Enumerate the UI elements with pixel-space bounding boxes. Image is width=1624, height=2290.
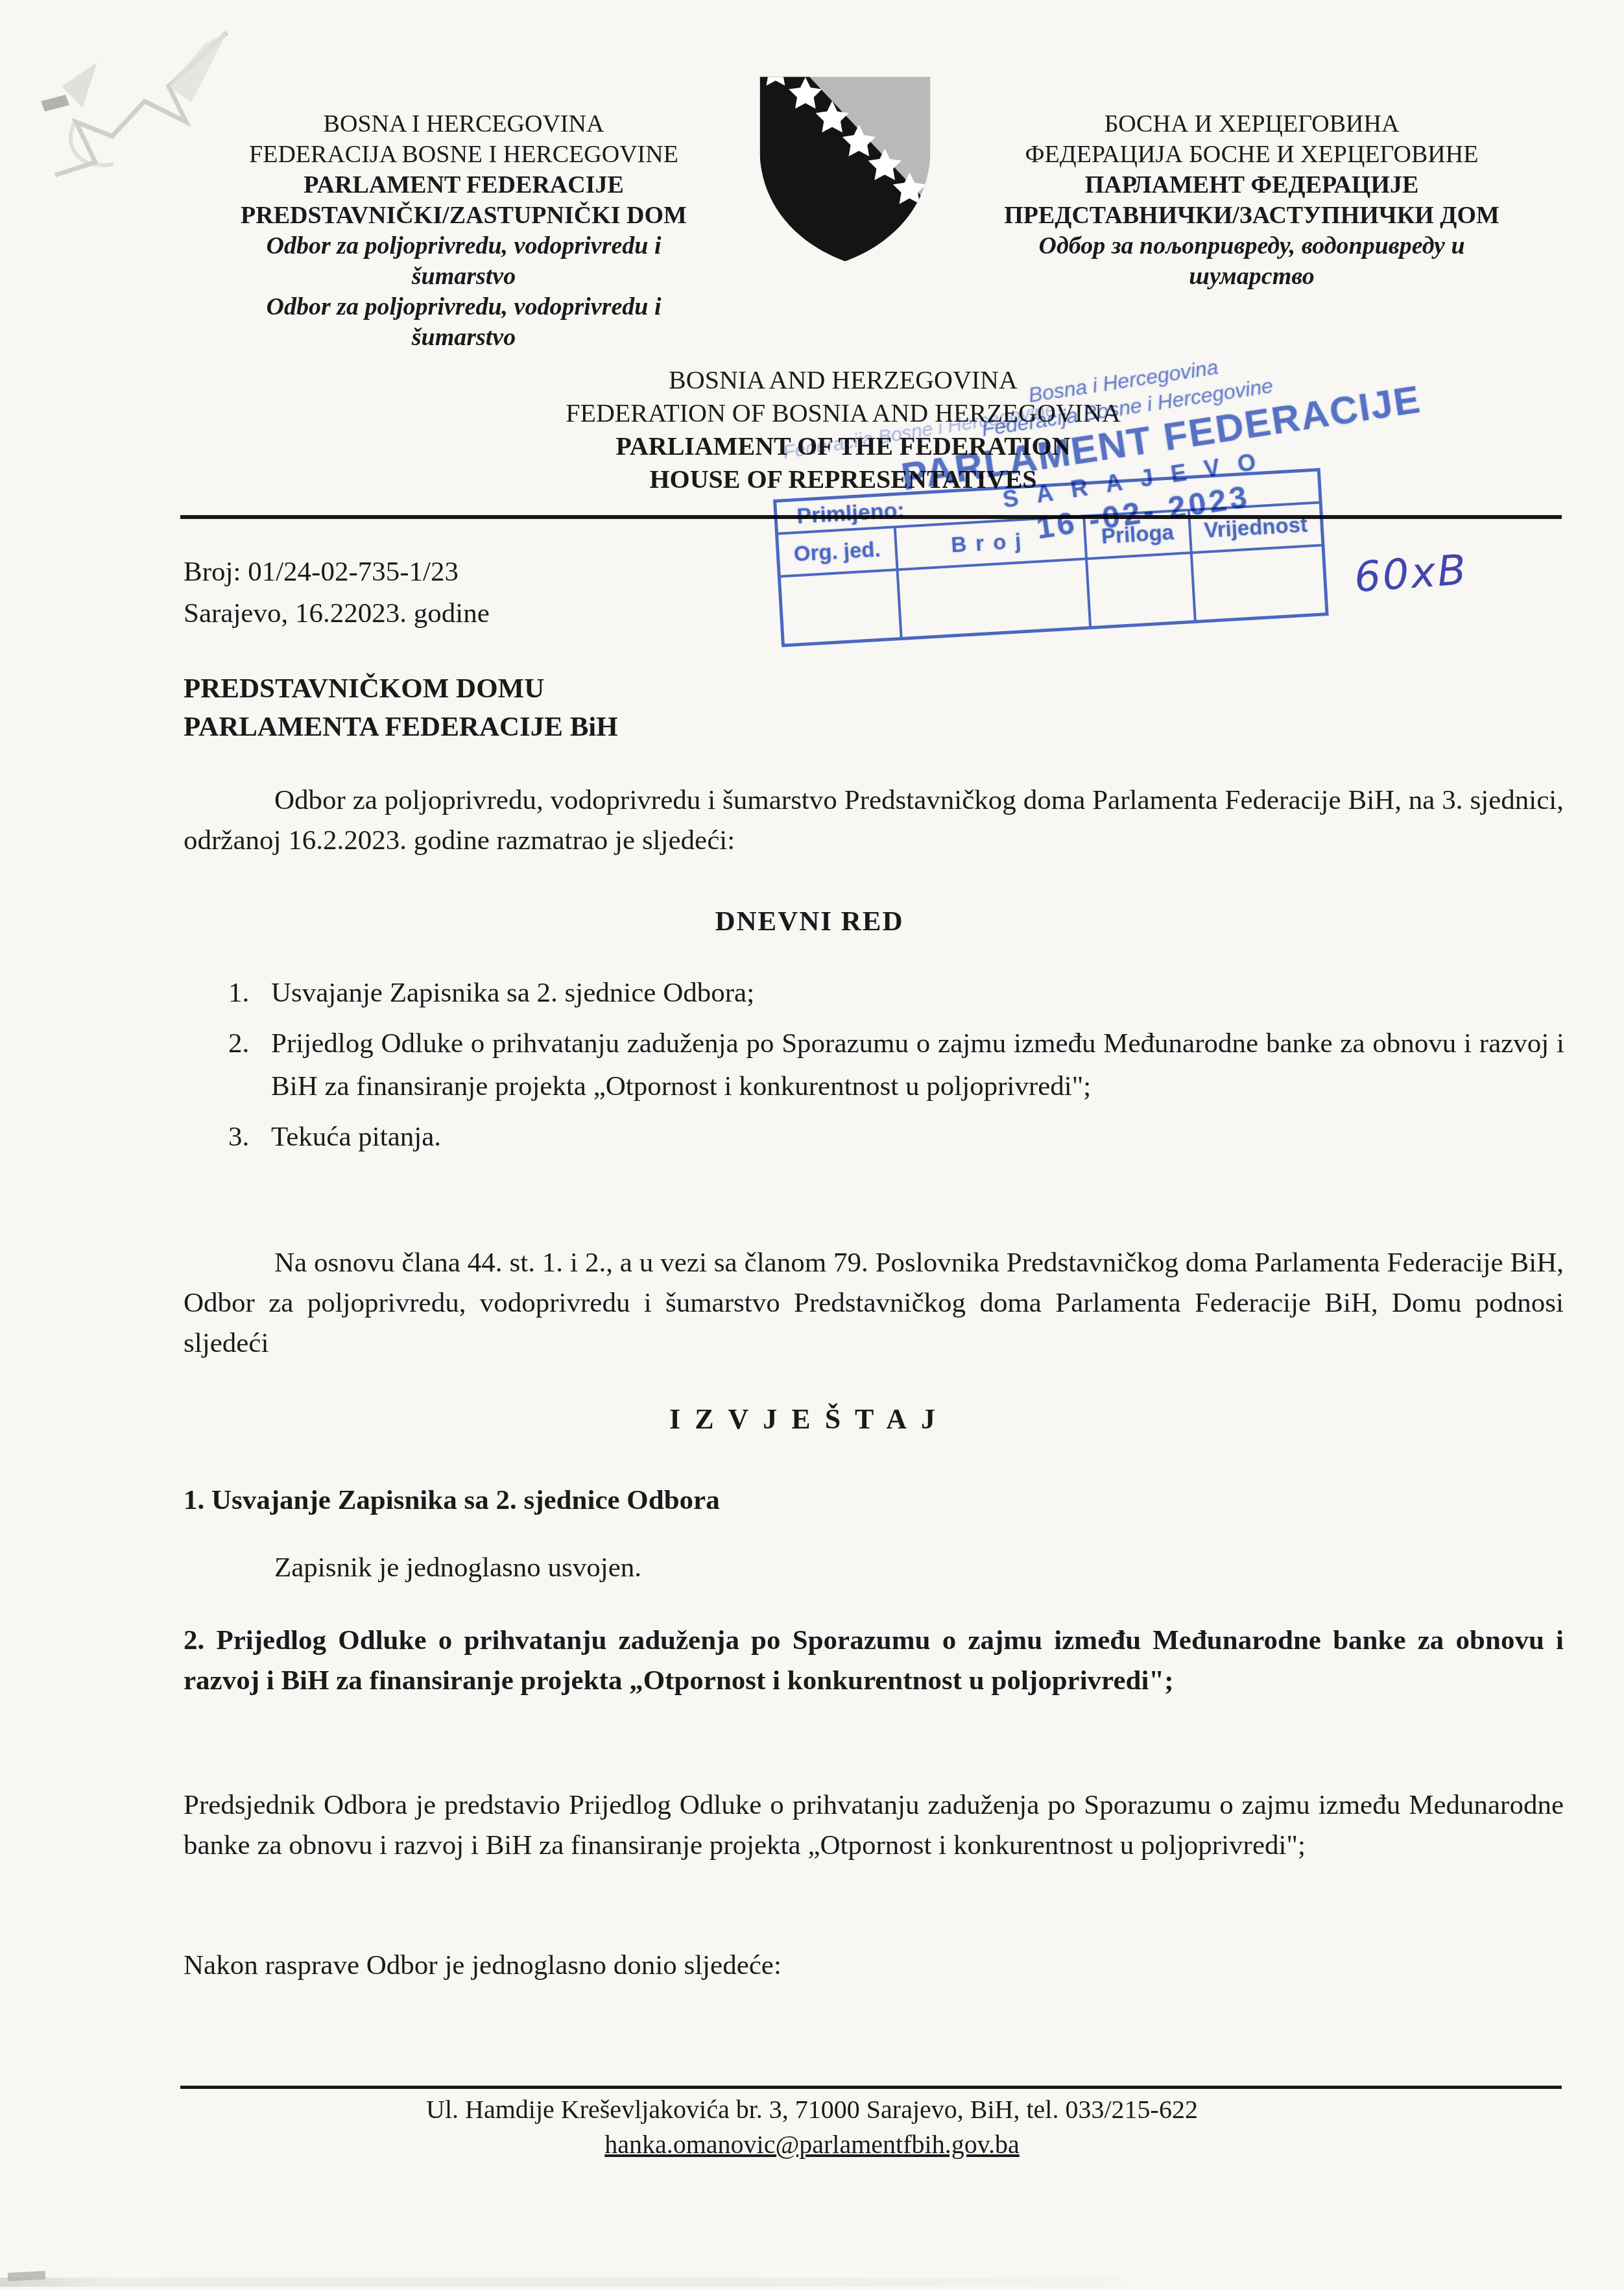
section-2-heading: 2. Prijedlog Odluke o prihvatanju zaduže…: [184, 1621, 1564, 1701]
agenda-list: 1. Usvajanje Zapisnika sa 2. sjednice Od…: [228, 972, 1564, 1166]
header-line: БОСНА И ХЕРЦЕГОВИНА: [927, 109, 1576, 139]
handwritten-note: 60xB: [1353, 546, 1470, 602]
addressee-line: PARLAMENTA FEDERACIJE BiH: [184, 708, 618, 746]
footer-email-row: hanka.omanovic@parlamentfbih.gov.ba: [0, 2129, 1624, 2160]
header-line: ПАРЛАМЕНТ ФЕДЕРАЦИЈЕ: [927, 170, 1576, 200]
header-line: PARLAMENT FEDERACIJE: [162, 170, 765, 200]
header-line: šumarstvo: [162, 322, 765, 353]
document-page: BOSNA I HERCEGOVINA FEDERACIJA BOSNE I H…: [0, 0, 1624, 2290]
stamp-col-priloga: Priloga: [1085, 511, 1192, 557]
intro-paragraph: Odbor za poljoprivredu, vodoprivredu i š…: [184, 780, 1564, 861]
agenda-item-number: 1.: [228, 972, 271, 1015]
header-line: Одбор за пољопривреду, водопривреду и: [927, 231, 1576, 261]
agenda-item-number: 2.: [228, 1022, 271, 1108]
agenda-item-number: 3.: [228, 1116, 271, 1159]
header-line: PREDSTAVNIČKI/ZASTUPNIČKI DOM: [162, 200, 765, 231]
coat-of-arms-icon: [746, 67, 944, 269]
agenda-item-text: Tekuća pitanja.: [271, 1116, 1564, 1159]
report-title: IZVJEŠTAJ: [184, 1403, 1435, 1436]
footer-address: Ul. Hamdije Kreševljakovića br. 3, 71000…: [0, 2094, 1624, 2125]
stamp-col-vrijednost: Vrijednost: [1190, 504, 1321, 551]
agenda-item-text: Usvajanje Zapisnika sa 2. sjednice Odbor…: [271, 972, 1564, 1015]
header-line: BOSNA I HERCEGOVINA: [162, 109, 765, 139]
addressee-line: PREDSTAVNIČKOM DOMU: [184, 669, 618, 708]
header-line: шумарство: [927, 261, 1576, 292]
addressee-block: PREDSTAVNIČKOM DOMU PARLAMENTA FEDERACIJ…: [184, 669, 618, 746]
section-1-result: Zapisnik je jednoglasno usvojen.: [184, 1552, 641, 1584]
header-line: ПРЕДСТАВНИЧКИ/ЗАСТУПНИЧКИ ДОМ: [927, 200, 1576, 231]
org-header-bosnian: BOSNA I HERCEGOVINA FEDERACIJA BOSNE I H…: [162, 109, 765, 353]
reference-number: Broj: 01/24-02-735-1/23: [184, 551, 490, 593]
stamp-empty-cell: [1193, 546, 1326, 620]
legal-basis-paragraph: Na osnovu člana 44. st. 1. i 2., a u vez…: [184, 1243, 1564, 1364]
stamp-empty-cell: [899, 560, 1092, 637]
agenda-item: 1. Usvajanje Zapisnika sa 2. sjednice Od…: [228, 972, 1564, 1015]
stamp-empty-cell: [781, 571, 903, 644]
header-line: Odbor za poljoprivredu, vodoprivredu i: [162, 231, 765, 261]
header-line: Odbor za poljoprivredu, vodoprivredu i: [162, 292, 765, 322]
footer-email-link[interactable]: hanka.omanovic@parlamentfbih.gov.ba: [604, 2130, 1020, 2159]
agenda-item: 2. Prijedlog Odluke o prihvatanju zaduže…: [228, 1022, 1564, 1108]
header-line: FEDERACIJA BOSNE I HERCEGOVINE: [162, 139, 765, 170]
stamp-empty-cell: [1088, 554, 1197, 626]
agenda-item: 3. Tekuća pitanja.: [228, 1116, 1564, 1159]
received-stamp-table: Primljeno: Org. jed. Broj Priloga Vrijed…: [773, 468, 1329, 647]
reference-date-place: Sarajevo, 16.22023. godine: [184, 593, 490, 634]
reference-block: Broj: 01/24-02-735-1/23 Sarajevo, 16.220…: [184, 551, 490, 634]
footer-divider-line: [180, 2086, 1562, 2089]
conclusion-paragraph: Nakon rasprave Odbor je jednoglasno doni…: [184, 1949, 782, 1981]
header-line: šumarstvo: [162, 261, 765, 292]
header-line: ФЕДЕРАЦИЈА БОСНЕ И ХЕРЦЕГОВИНЕ: [927, 139, 1576, 170]
agenda-title: DNEVNI RED: [184, 906, 1435, 937]
scan-artifact: [0, 2278, 1122, 2287]
org-header-cyrillic: БОСНА И ХЕРЦЕГОВИНА ФЕДЕРАЦИЈА БОСНЕ И Х…: [927, 109, 1576, 292]
section-1-heading: 1. Usvajanje Zapisnika sa 2. sjednice Od…: [184, 1484, 720, 1516]
section-2-paragraph: Predsjednik Odbora je predstavio Prijedl…: [184, 1785, 1564, 1866]
agenda-item-text: Prijedlog Odluke o prihvatanju zaduženja…: [271, 1022, 1564, 1108]
stamp-col-org-jed: Org. jed.: [778, 528, 898, 575]
